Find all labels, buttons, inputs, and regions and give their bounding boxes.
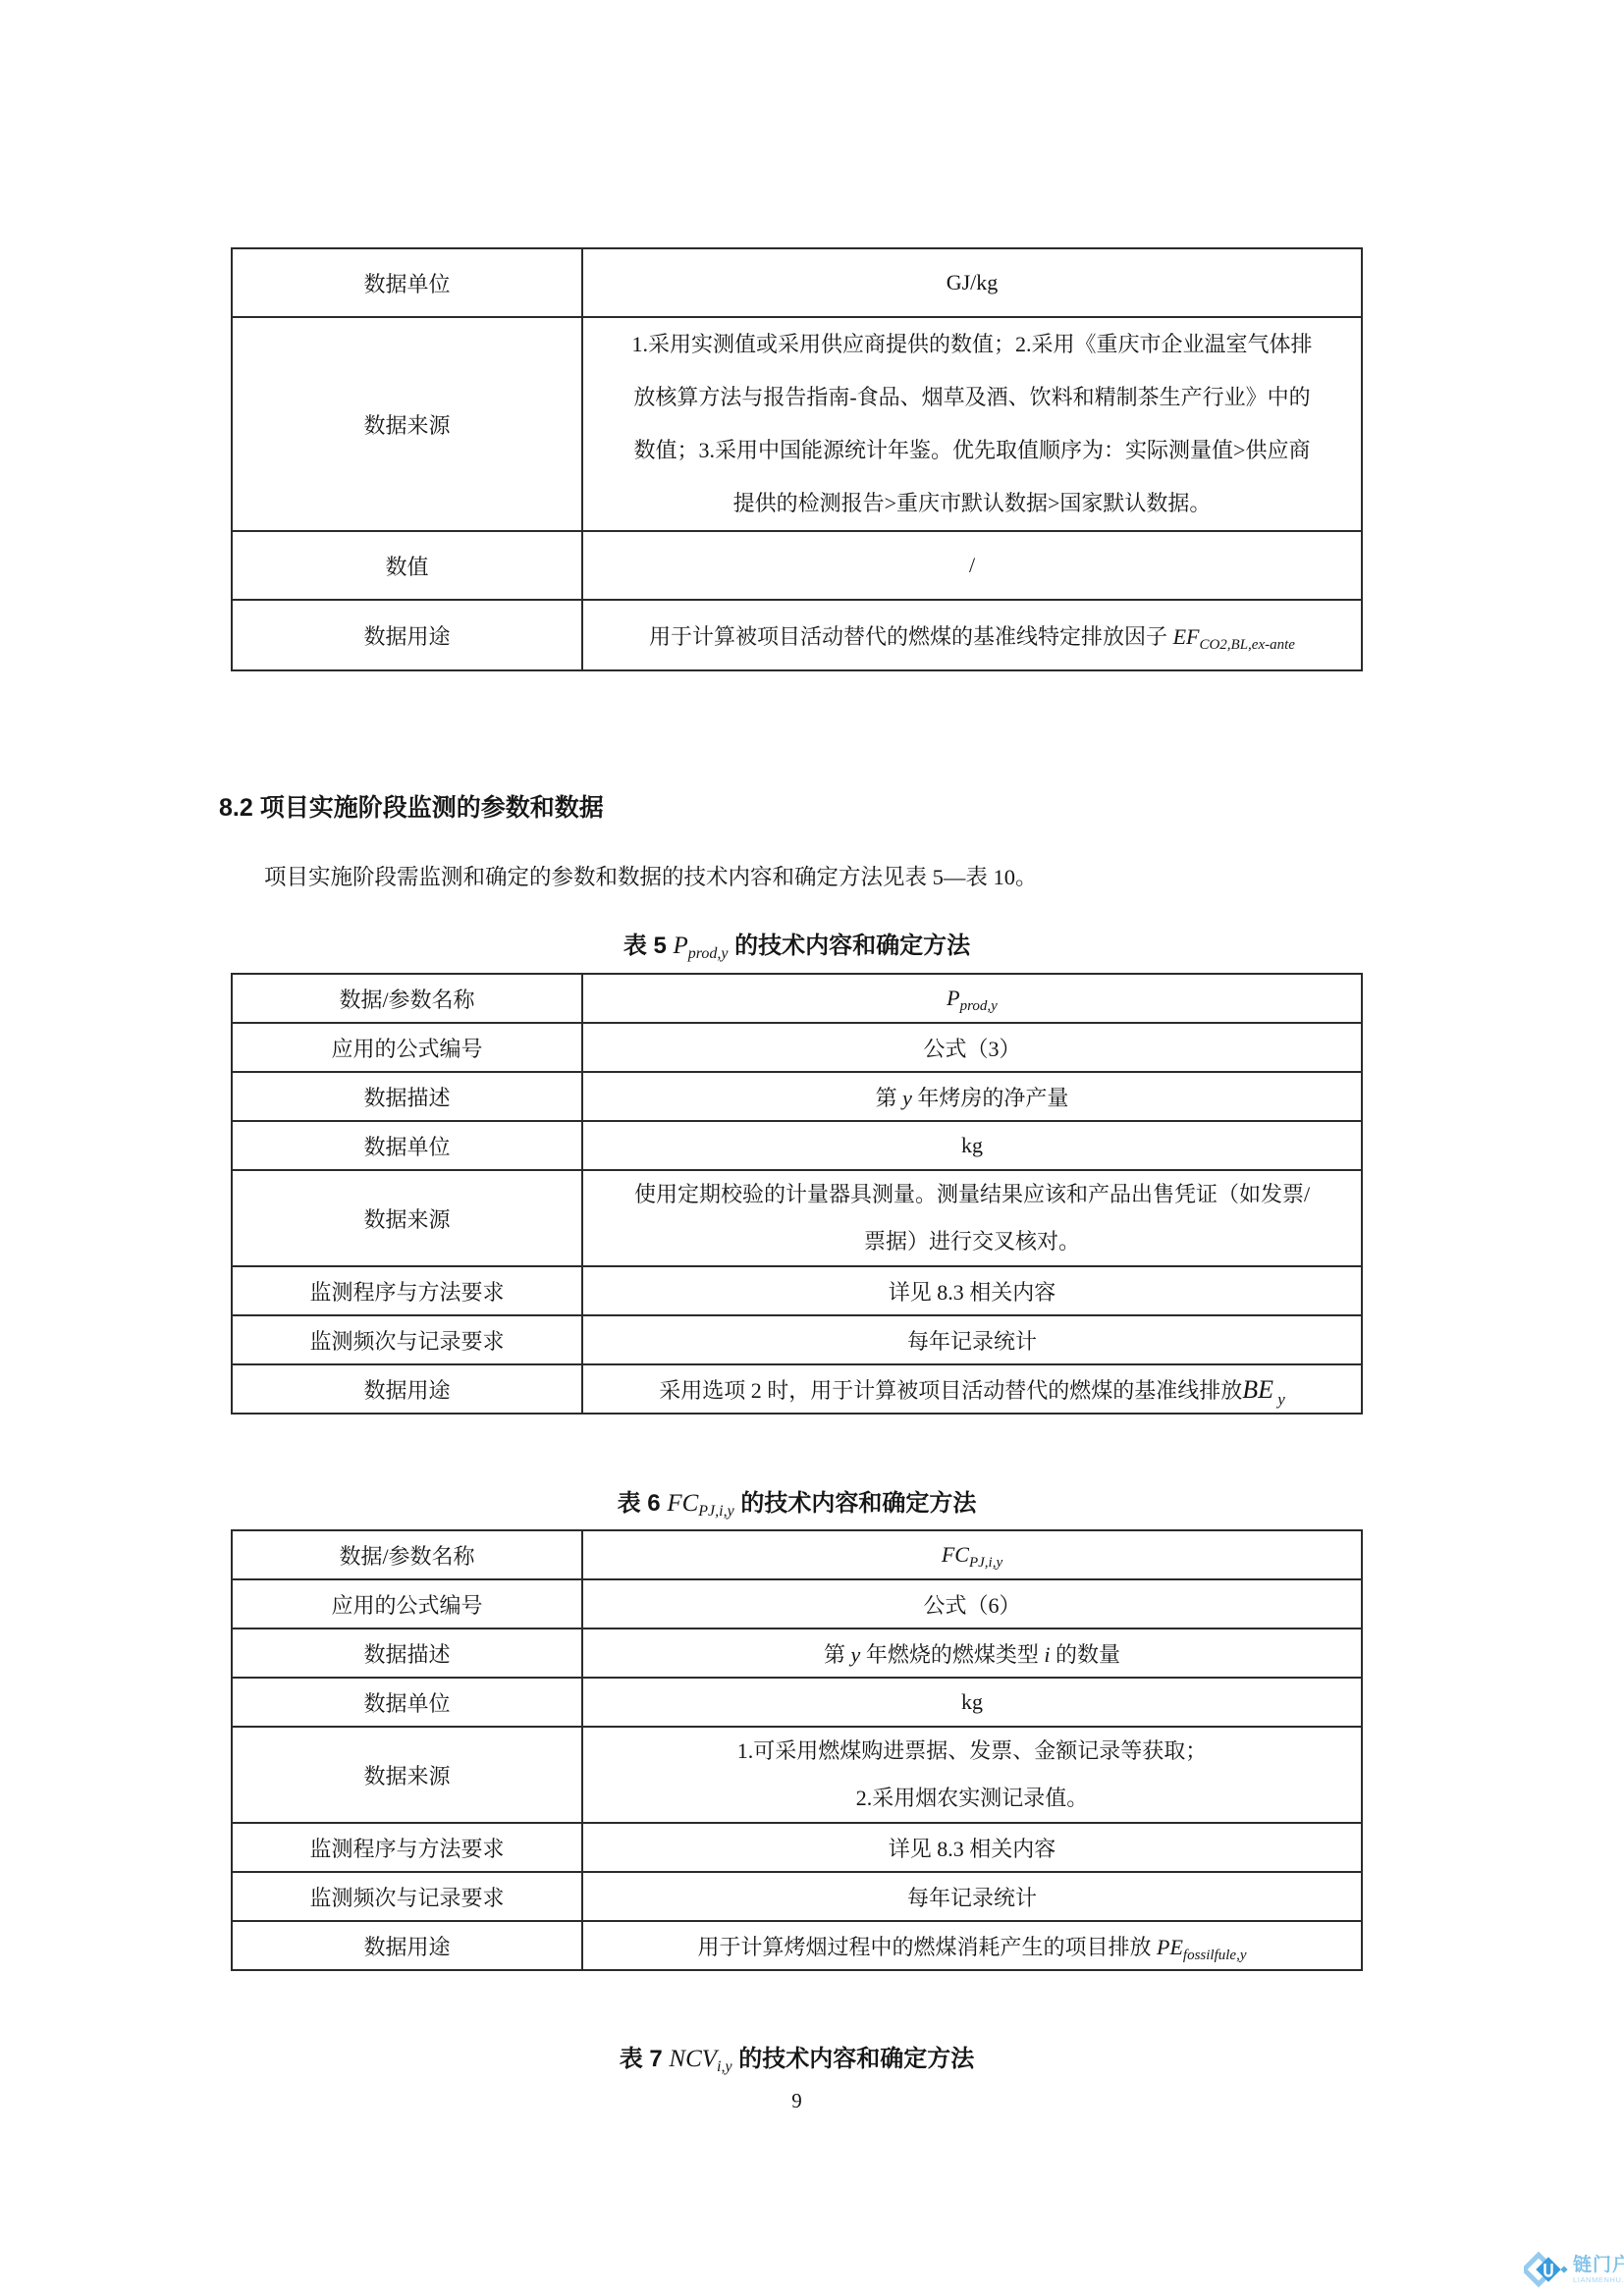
watermark-text: 链门户 LIANMENHU.COM [1573, 2256, 1624, 2284]
table-row: 数据/参数名称 Pprod,y [232, 974, 1362, 1023]
table-row: 数据用途 用于计算被项目活动替代的燃煤的基准线特定排放因子 EFCO2,BL,e… [232, 600, 1362, 670]
row-label-param-name: 数据/参数名称 [232, 1530, 582, 1579]
row-value-data-usage: 采用选项 2 时，用于计算被项目活动替代的燃煤的基准线排放BE y [582, 1364, 1362, 1414]
row-label-data-source: 数据来源 [232, 317, 582, 531]
row-value-monitor-frequency: 每年记录统计 [582, 1315, 1362, 1364]
table-row: 监测频次与记录要求 每年记录统计 [232, 1315, 1362, 1364]
row-label-monitor-procedure: 监测程序与方法要求 [232, 1266, 582, 1315]
table-row: 数据用途 采用选项 2 时，用于计算被项目活动替代的燃煤的基准线排放BE y [232, 1364, 1362, 1414]
row-label-data-desc: 数据描述 [232, 1629, 582, 1678]
section-heading-8-2: 8.2 项目实施阶段监测的参数和数据 [219, 791, 604, 825]
row-label-monitor-procedure: 监测程序与方法要求 [232, 1823, 582, 1872]
row-value-data-desc: 第 y 年烤房的净产量 [582, 1072, 1362, 1121]
row-label-data-desc: 数据描述 [232, 1072, 582, 1121]
row-value-data-desc: 第 y 年燃烧的燃煤类型 i 的数量 [582, 1629, 1362, 1678]
row-label-data-unit: 数据单位 [232, 1121, 582, 1170]
row-value-data-unit: kg [582, 1121, 1362, 1170]
row-value-data-source: 使用定期校验的计量器具测量。测量结果应该和产品出售凭证（如发票/ 票据）进行交叉… [582, 1170, 1362, 1266]
row-value-data-unit: kg [582, 1678, 1362, 1727]
table-row: 数据来源 1.采用实测值或采用供应商提供的数值；2.采用《重庆市企业温室气体排 … [232, 317, 1362, 531]
row-label-formula-no: 应用的公式编号 [232, 1023, 582, 1072]
watermark-domain: LIANMENHU.COM [1573, 2275, 1624, 2284]
table-row: 数据来源 使用定期校验的计量器具测量。测量结果应该和产品出售凭证（如发票/ 票据… [232, 1170, 1362, 1266]
page-number: 9 [231, 2087, 1363, 2114]
table-row: 数值 / [232, 531, 1362, 600]
row-label-data-source: 数据来源 [232, 1170, 582, 1266]
row-value-formula-no: 公式（6） [582, 1579, 1362, 1629]
row-value-data-usage: 用于计算被项目活动替代的燃煤的基准线特定排放因子 EFCO2,BL,ex-ant… [582, 600, 1362, 670]
table-row: 数据描述 第 y 年烤房的净产量 [232, 1072, 1362, 1121]
parameter-table-6: 数据/参数名称 FCPJ,i,y 应用的公式编号 公式（6） 数据描述 第 y … [231, 1529, 1363, 1971]
row-value-data-source: 1.可采用燃煤购进票据、发票、金额记录等获取； 2.采用烟农实测记录值。 [582, 1727, 1362, 1823]
table-row: 数据描述 第 y 年燃烧的燃煤类型 i 的数量 [232, 1629, 1362, 1678]
row-label-monitor-frequency: 监测频次与记录要求 [232, 1315, 582, 1364]
row-label-monitor-frequency: 监测频次与记录要求 [232, 1872, 582, 1921]
document-page: 数据单位 GJ/kg 数据来源 1.采用实测值或采用供应商提供的数值；2.采用《… [0, 0, 1624, 2296]
row-label-data-usage: 数据用途 [232, 600, 582, 670]
row-label-data-usage: 数据用途 [232, 1921, 582, 1970]
row-label-data-unit: 数据单位 [232, 1678, 582, 1727]
table-row: 数据/参数名称 FCPJ,i,y [232, 1530, 1362, 1579]
watermark-brand: 链门户 [1573, 2256, 1624, 2275]
row-label-formula-no: 应用的公式编号 [232, 1579, 582, 1629]
row-value-monitor-procedure: 详见 8.3 相关内容 [582, 1266, 1362, 1315]
row-label-data-usage: 数据用途 [232, 1364, 582, 1414]
row-value-param-name: Pprod,y [582, 974, 1362, 1023]
table7-caption: 表 7 NCVi,y 的技术内容和确定方法 [231, 2046, 1363, 2076]
row-label-param-name: 数据/参数名称 [232, 974, 582, 1023]
table-row: 监测频次与记录要求 每年记录统计 [232, 1872, 1362, 1921]
table-row: 监测程序与方法要求 详见 8.3 相关内容 [232, 1266, 1362, 1315]
row-value-monitor-procedure: 详见 8.3 相关内容 [582, 1823, 1362, 1872]
table-row: 应用的公式编号 公式（3） [232, 1023, 1362, 1072]
row-label-data-source: 数据来源 [232, 1727, 582, 1823]
table-row: 数据来源 1.可采用燃煤购进票据、发票、金额记录等获取； 2.采用烟农实测记录值… [232, 1727, 1362, 1823]
row-label-data-unit: 数据单位 [232, 248, 582, 317]
row-label-data-value: 数值 [232, 531, 582, 600]
watermark-lianmenhu: 链门户 LIANMENHU.COM [1524, 2250, 1624, 2289]
row-value-data-value: / [582, 531, 1362, 600]
table5-caption: 表 5 Pprod,y 的技术内容和确定方法 [231, 933, 1363, 963]
section-intro-paragraph: 项目实施阶段需监测和确定的参数和数据的技术内容和确定方法见表 5—表 10。 [219, 860, 1363, 895]
lianmenhu-logo-icon [1524, 2250, 1569, 2289]
parameter-table-carryover: 数据单位 GJ/kg 数据来源 1.采用实测值或采用供应商提供的数值；2.采用《… [231, 247, 1363, 671]
table-row: 监测程序与方法要求 详见 8.3 相关内容 [232, 1823, 1362, 1872]
table-row: 应用的公式编号 公式（6） [232, 1579, 1362, 1629]
row-value-data-usage: 用于计算烤烟过程中的燃煤消耗产生的项目排放 PEfossilfule,y [582, 1921, 1362, 1970]
row-value-data-source: 1.采用实测值或采用供应商提供的数值；2.采用《重庆市企业温室气体排 放核算方法… [582, 317, 1362, 531]
table6-caption: 表 6 FCPJ,i,y 的技术内容和确定方法 [231, 1490, 1363, 1521]
row-value-param-name: FCPJ,i,y [582, 1530, 1362, 1579]
row-value-formula-no: 公式（3） [582, 1023, 1362, 1072]
table-row: 数据用途 用于计算烤烟过程中的燃煤消耗产生的项目排放 PEfossilfule,… [232, 1921, 1362, 1970]
table-row: 数据单位 kg [232, 1121, 1362, 1170]
table-row: 数据单位 GJ/kg [232, 248, 1362, 317]
row-value-monitor-frequency: 每年记录统计 [582, 1872, 1362, 1921]
table-row: 数据单位 kg [232, 1678, 1362, 1727]
parameter-table-5: 数据/参数名称 Pprod,y 应用的公式编号 公式（3） 数据描述 第 y 年… [231, 973, 1363, 1415]
row-value-data-unit: GJ/kg [582, 248, 1362, 317]
